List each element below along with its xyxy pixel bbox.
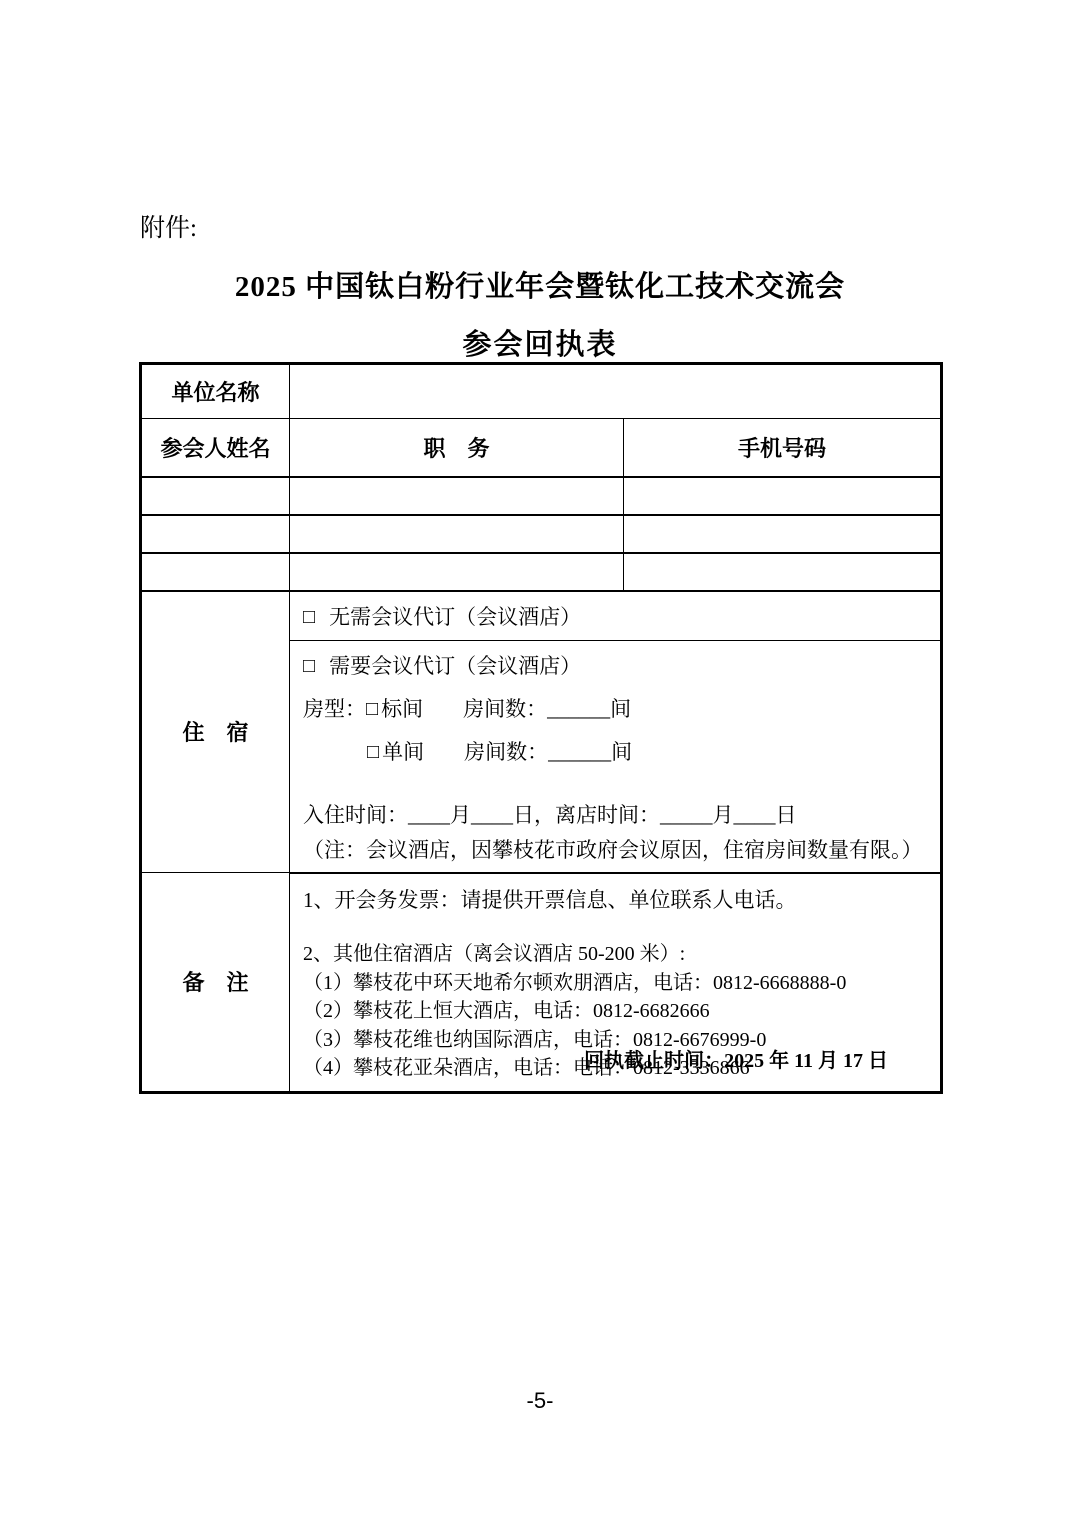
lodging-row-label: 住 宿 [141,591,290,873]
unit-name-input-cell[interactable] [290,364,942,419]
unit-name-row: 单位名称 [141,364,942,419]
hotel-item-1: （1）攀枝花中环天地希尔顿欢朋酒店，电话：0812-6668888-0 [303,969,930,998]
checkin-month-char: 月 [450,803,471,827]
attendee-row-2 [141,515,942,553]
checkin-label: 入住时间： [303,803,408,827]
phone-cell-3[interactable] [624,553,942,591]
standard-room-count-label: 房间数： [463,697,547,721]
no-booking-option: □无需会议代订（会议酒店） [303,604,930,632]
lodging-option-row: 住 宿 □无需会议代订（会议酒店） [141,591,942,641]
attendee-header-row: 参会人姓名 职 务 手机号码 [141,419,942,477]
attendee-name-header: 参会人姓名 [141,419,290,477]
need-booking-label: 需要会议代订（会议酒店） [329,654,581,678]
invoice-remark: 1、开会务发票：请提供开票信息、单位联系人电话。 [303,886,930,915]
checkout-label: 日，离店时间： [513,803,660,827]
attendee-name-cell-3[interactable] [141,553,290,591]
no-booking-label: 无需会议代订（会议酒店） [329,605,581,629]
attachment-label: 附件: [140,208,197,244]
need-booking-checkbox[interactable]: □ [303,653,315,680]
job-title-cell-1[interactable] [290,477,624,515]
document-subtitle: 参会回执表 [0,322,1080,363]
single-room-count-label: 房间数： [464,740,548,764]
attendee-name-cell-1[interactable] [141,477,290,515]
unit-name-label: 单位名称 [141,364,290,419]
job-title-cell-3[interactable] [290,553,624,591]
checkout-day-blank[interactable]: ____ [734,803,776,827]
no-booking-cell: □无需会议代订（会议酒店） [290,591,942,641]
room-type-label: 房型： [303,697,366,721]
single-room-label: 单间 [382,740,424,764]
standard-room-count-blank[interactable]: ______ [547,697,610,721]
job-title-header: 职 务 [290,419,624,477]
hotel-item-2: （2）攀枝花上恒大酒店，电话：0812-6682666 [303,997,930,1026]
standard-room-label: 标间 [381,697,423,721]
standard-room-line: 房型：□标间房间数：______间 [303,696,930,724]
attendee-name-cell-2[interactable] [141,515,290,553]
stay-time-line: 入住时间：____月____日，离店时间：_____月____日 [303,802,930,829]
single-room-unit: 间 [611,740,632,764]
phone-header: 手机号码 [624,419,942,477]
other-hotels-heading: 2、其他住宿酒店（离会议酒店 50-200 米）: [303,940,930,969]
need-booking-option: □需要会议代订（会议酒店） [303,653,930,681]
checkout-month-char: 月 [713,803,734,827]
attendee-row-3 [141,553,942,591]
no-booking-checkbox[interactable]: □ [303,604,315,631]
job-title-cell-2[interactable] [290,515,624,553]
phone-cell-2[interactable] [624,515,942,553]
lodging-note: （注：会议酒店，因攀枝花市政府会议原因，住宿房间数量有限。） [303,837,930,864]
reply-form-table: 单位名称 参会人姓名 职 务 手机号码 [139,362,943,1094]
checkin-day-blank[interactable]: ____ [471,803,513,827]
phone-cell-1[interactable] [624,477,942,515]
checkin-month-blank[interactable]: ____ [408,803,450,827]
need-booking-cell: □需要会议代订（会议酒店） 房型：□标间房间数：______间 □单间房间数：_… [290,640,942,873]
blank-spacer [303,767,930,789]
attendee-row-1 [141,477,942,515]
single-room-count-blank[interactable]: ______ [548,740,611,764]
reply-deadline: 回执截止时间：2025 年 11 月 17 日 [139,1044,940,1073]
single-room-line: □单间房间数：______间 [303,739,930,767]
document-title: 2025 中国钛白粉行业年会暨钛化工技术交流会 [0,264,1080,305]
checkout-day-char: 日 [776,803,797,827]
single-room-checkbox[interactable]: □ [367,739,379,766]
page-number: -5- [0,1388,1080,1414]
standard-room-checkbox[interactable]: □ [366,696,378,723]
document-page: 附件: 2025 中国钛白粉行业年会暨钛化工技术交流会 参会回执表 单位名称 参… [0,0,1080,1527]
checkout-month-blank[interactable]: _____ [660,803,713,827]
standard-room-unit: 间 [610,697,631,721]
